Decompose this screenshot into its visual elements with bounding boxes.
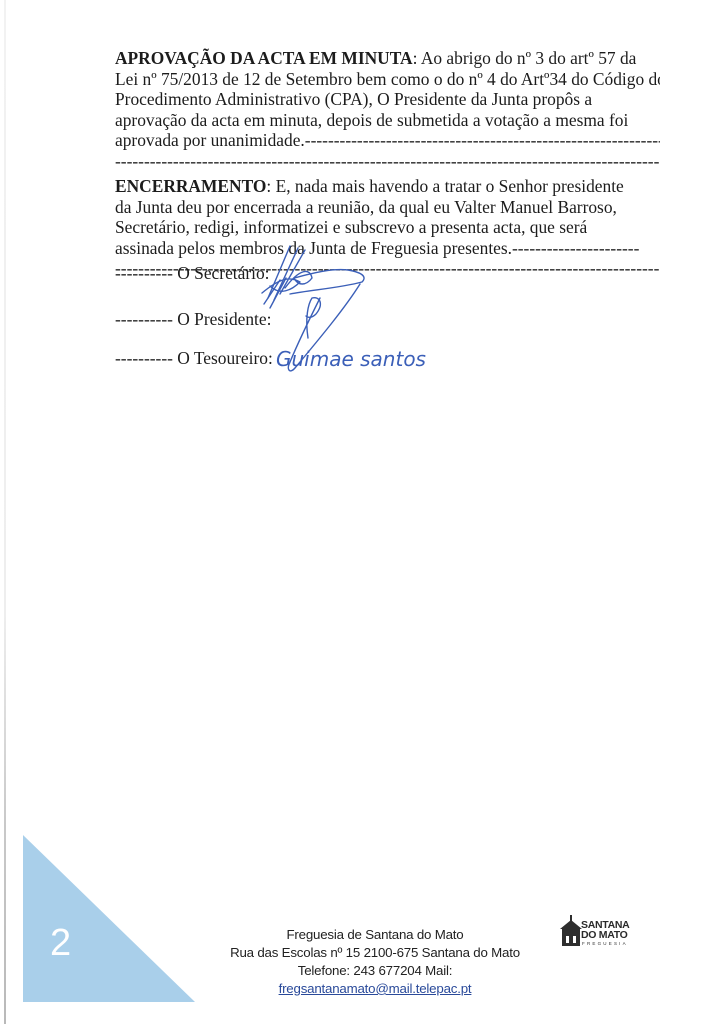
footer-org-name: Freguesia de Santana do Mato <box>205 926 545 944</box>
footer: Freguesia de Santana do Mato Rua das Esc… <box>205 926 545 998</box>
separator-dashes: ----------------------------------------… <box>115 151 660 172</box>
footer-contact: Telefone: 243 677204 Mail: fregsantanama… <box>205 962 545 998</box>
approval-paragraph: APROVAÇÃO DA ACTA EM MINUTA: Ao abrigo d… <box>115 48 660 171</box>
secretary-signature-label: ---------- O Secretário: <box>115 263 270 284</box>
logo-wordmark: SANTANA DO MATO <box>581 920 629 940</box>
page-corner-triangle <box>23 835 195 1002</box>
page-number: 2 <box>50 922 71 965</box>
logo-subtitle: FREGUESIA <box>582 941 628 946</box>
approval-heading: APROVAÇÃO DA ACTA EM MINUTA <box>115 48 413 68</box>
president-signature-label: ---------- O Presidente: <box>115 309 271 330</box>
email-link[interactable]: fregsantanamato@mail.telepac.pt <box>279 981 472 996</box>
handwritten-signatures: Guimae santos <box>250 238 480 383</box>
footer-address: Rua das Escolas nº 15 2100-675 Santana d… <box>205 944 545 962</box>
scan-edge-line <box>4 0 6 1024</box>
treasurer-handwriting: Guimae santos <box>276 347 426 371</box>
closing-heading: ENCERRAMENTO <box>115 176 266 196</box>
